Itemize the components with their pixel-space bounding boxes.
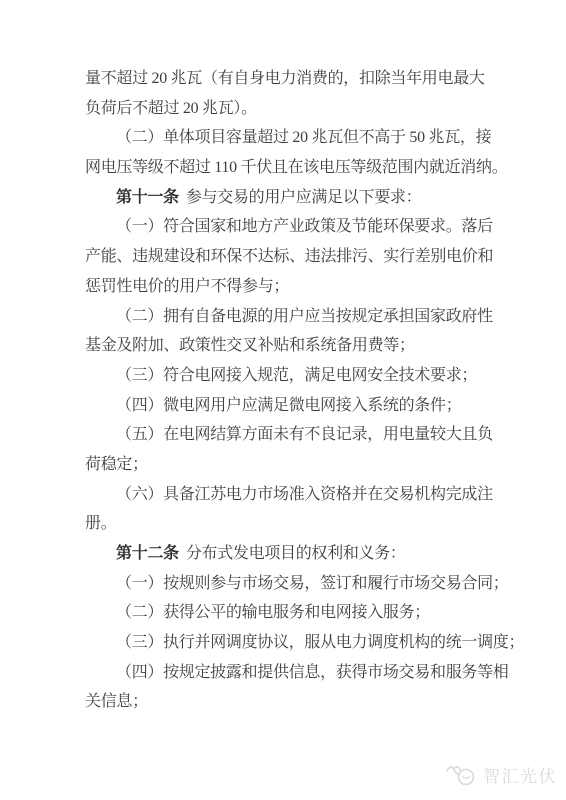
line-text: 惩罚性电价的用户不得参与； [85,278,289,295]
line-text: （四）按规定披露和提供信息，获得市场交易和服务等相 [116,664,509,681]
line-text: （四）微电网用户应满足微电网接入系统的条件； [116,397,461,414]
brand-watermark: 智汇光伏 [446,762,557,787]
text-line: 关信息； [85,687,495,717]
line-text: （二）获得公平的输电服务和电网接入服务； [116,604,430,621]
text-line: 量不超过 20 兆瓦（有自身电力消费的，扣除当年用电最大 [85,64,495,94]
text-line: （三）执行并网调度协议，服从电力调度机构的统一调度； [85,628,495,658]
text-line: 荷稳定； [85,450,495,480]
line-text: （六）具备江苏电力市场准入资格并在交易机构完成注 [116,486,493,503]
line-text: （三）执行并网调度协议，服从电力调度机构的统一调度； [116,634,524,651]
text-line: （六）具备江苏电力市场准入资格并在交易机构完成注 [85,480,495,510]
line-text: 量不超过 20 兆瓦（有自身电力消费的，扣除当年用电最大 [85,70,485,87]
text-line: （四）按规定披露和提供信息，获得市场交易和服务等相 [85,658,495,688]
text-line: 负荷后不超过 20 兆瓦）。 [85,94,495,124]
text-line: （二）获得公平的输电服务和电网接入服务； [85,598,495,628]
text-line: （一）符合国家和地方产业政策及节能环保要求。落后 [85,212,495,242]
line-text: 负荷后不超过 20 兆瓦）。 [85,100,257,117]
line-text: （一）符合国家和地方产业政策及节能环保要求。落后 [116,218,493,235]
document-body: 量不超过 20 兆瓦（有自身电力消费的，扣除当年用电最大负荷后不超过 20 兆瓦… [85,64,495,717]
text-line: （二）单体项目容量超过 20 兆瓦但不高于 50 兆瓦，接 [85,123,495,153]
brand-watermark-text: 智汇光伏 [483,762,557,787]
line-text: 参与交易的用户应满足以下要求： [186,189,422,206]
text-line: 第十一条参与交易的用户应满足以下要求： [85,183,495,213]
text-line: 网电压等级不超过 110 千伏且在该电压等级范围内就近消纳。 [85,153,495,183]
line-text: （一）按规则参与市场交易，签订和履行市场交易合同； [116,575,509,592]
line-text: 网电压等级不超过 110 千伏且在该电压等级范围内就近消纳。 [85,159,507,176]
document-page: 量不超过 20 兆瓦（有自身电力消费的，扣除当年用电最大负荷后不超过 20 兆瓦… [0,0,566,800]
article-heading: 第十二条 [116,545,179,562]
line-text: （二）单体项目容量超过 20 兆瓦但不高于 50 兆瓦，接 [116,129,491,146]
text-line: （二）拥有自备电源的用户应当按规定承担国家政府性 [85,302,495,332]
text-line: （四）微电网用户应满足微电网接入系统的条件； [85,391,495,421]
line-text: 荷稳定； [85,456,148,473]
line-text: 分布式发电项目的权利和义务： [186,545,406,562]
text-line: 基金及附加、政策性交叉补贴和系统备用费等； [85,331,495,361]
line-text: （五）在电网结算方面未有不良记录，用电量较大且负 [116,426,493,443]
text-line: （一）按规则参与市场交易，签订和履行市场交易合同； [85,569,495,599]
line-text: （三）符合电网接入规范，满足电网安全技术要求； [116,367,477,384]
line-text: 基金及附加、政策性交叉补贴和系统备用费等； [85,337,415,354]
text-line: 产能、违规建设和环保不达标、违法排污、实行差别电价和 [85,242,495,272]
line-text: 关信息； [85,693,148,710]
line-text: 产能、违规建设和环保不达标、违法排污、实行差别电价和 [85,248,493,265]
line-text: 册。 [85,515,116,532]
swallow-sun-logo-icon [446,764,478,786]
line-text: （二）拥有自备电源的用户应当按规定承担国家政府性 [116,308,493,325]
text-line: 第十二条分布式发电项目的权利和义务： [85,539,495,569]
text-line: （五）在电网结算方面未有不良记录，用电量较大且负 [85,420,495,450]
text-line: 惩罚性电价的用户不得参与； [85,272,495,302]
text-line: 册。 [85,509,495,539]
text-line: （三）符合电网接入规范，满足电网安全技术要求； [85,361,495,391]
article-heading: 第十一条 [116,189,179,206]
